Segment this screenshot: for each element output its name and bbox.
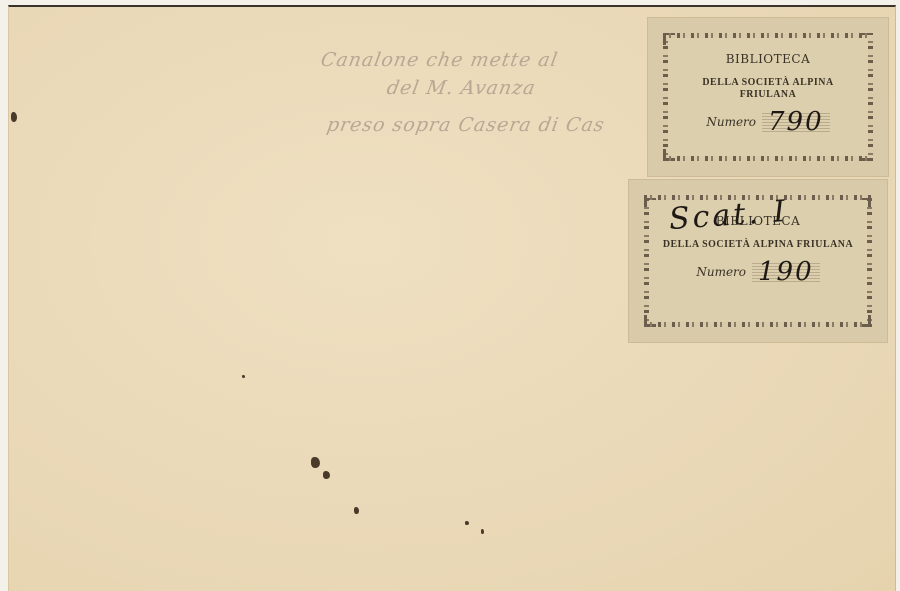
label-subtitle: DELLA SOCIETÀ ALPINA FRIULANA	[660, 238, 856, 250]
stain-mark	[11, 112, 17, 122]
stain-mark	[354, 507, 359, 514]
handwritten-note-line-3: preso sopra Casera di Cas	[325, 114, 607, 136]
handwritten-note-line-1: Canalone che mette al	[319, 49, 560, 71]
number-label: Numero	[706, 115, 756, 129]
stain-mark	[242, 375, 245, 378]
stain-mark	[481, 529, 484, 534]
library-label-190: BIBLIOTECA DELLA SOCIETÀ ALPINA FRIULANA…	[629, 180, 887, 342]
library-label-790: BIBLIOTECA DELLA SOCIETÀ ALPINA FRIULANA…	[648, 18, 888, 176]
label-subtitle: DELLA SOCIETÀ ALPINA FRIULANA	[678, 76, 858, 100]
number-value: 190	[752, 262, 820, 282]
number-label: Numero	[696, 265, 746, 279]
stain-mark	[311, 457, 320, 468]
stain-mark	[465, 521, 469, 525]
label-title: BIBLIOTECA	[668, 52, 868, 66]
number-value: 790	[762, 112, 830, 132]
stain-mark	[323, 471, 330, 479]
handwritten-note-line-2: del M. Avanza	[385, 77, 538, 99]
